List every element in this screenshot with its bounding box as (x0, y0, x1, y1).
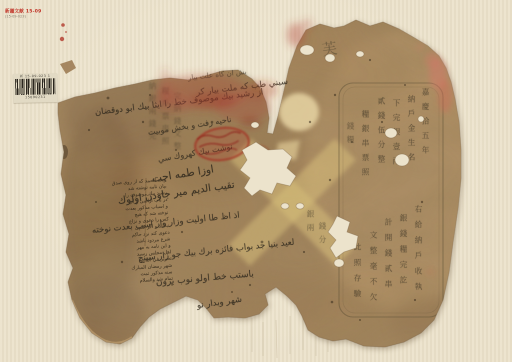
catalog-label-subcode: (15-09-023) (5, 15, 70, 19)
catalog-label: 新疆文献 15-09 (15-09-023) (5, 9, 70, 19)
barcode-icon (15, 78, 55, 95)
barcode-number: 15090231 (14, 95, 56, 100)
barcode-label: 新 15-09-023 1 15090231 (13, 73, 57, 103)
barcode-label-text: 新 15-09-023 1 (14, 74, 56, 79)
archival-photo: بش ان كاه علت بيار سبني طب كه ملت بيار ك… (0, 0, 512, 362)
catalog-labels: 新疆文献 15-09 (15-09-023) 新 15-09-023 1 150… (0, 0, 512, 362)
